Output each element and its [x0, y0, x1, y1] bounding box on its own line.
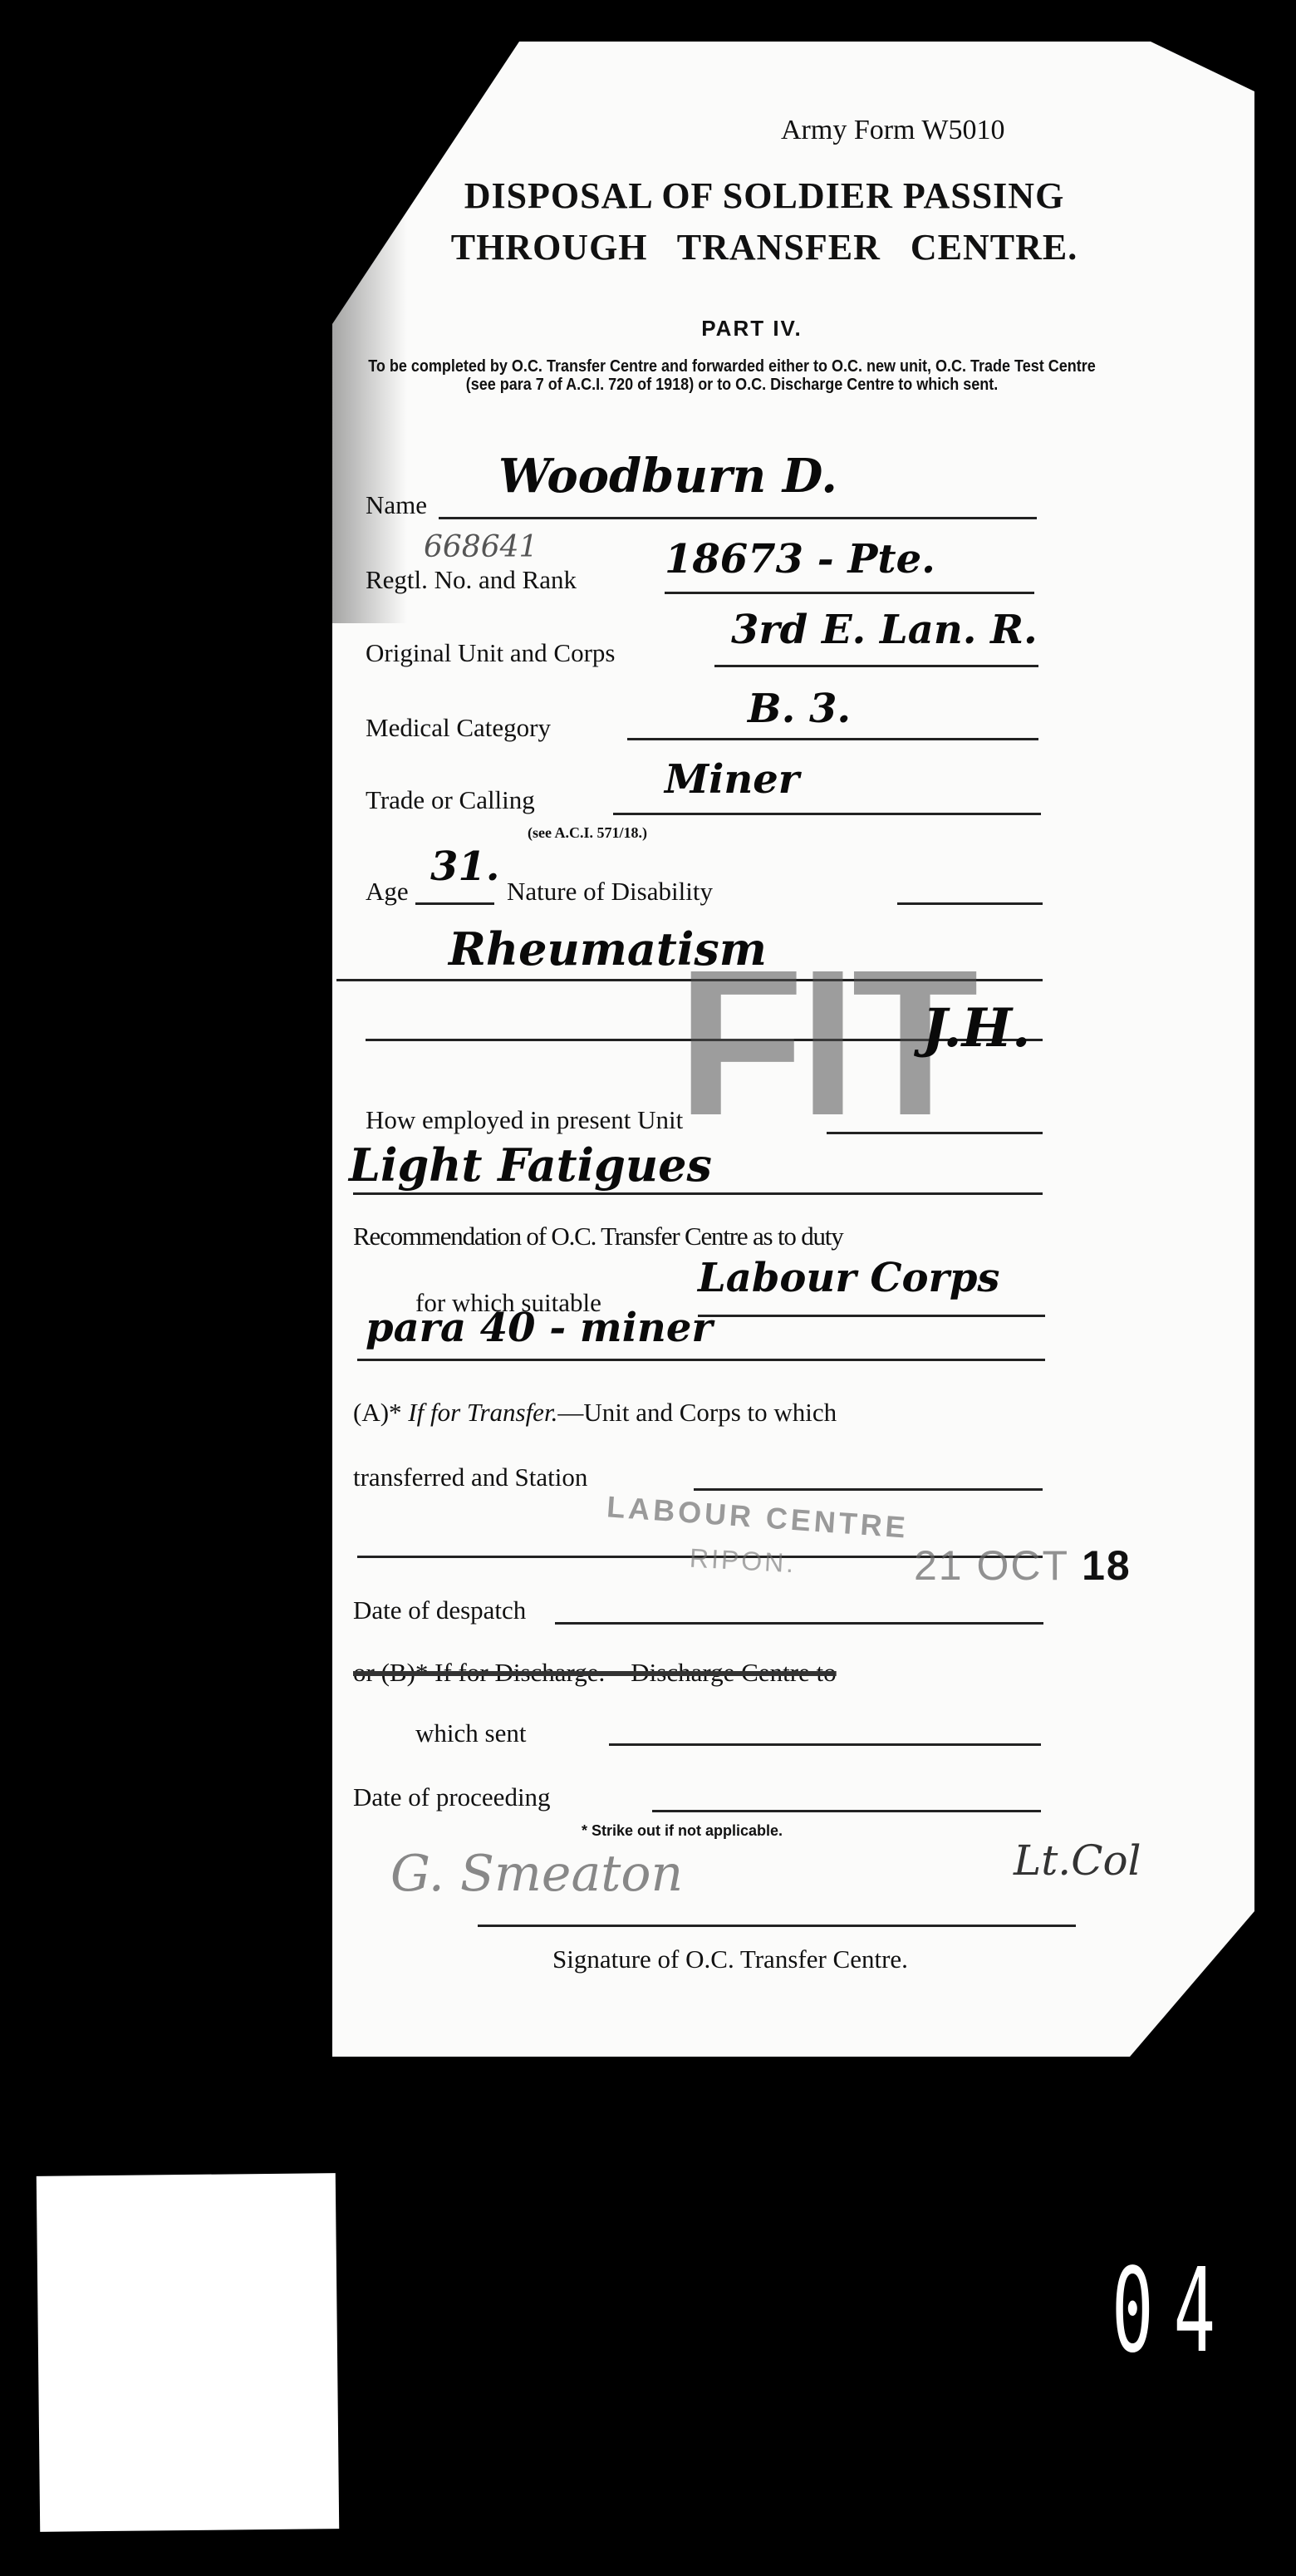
signature-label: Signature of O.C. Transfer Centre.: [552, 1944, 908, 1974]
labour-centre-stamp: LABOUR CENTRE: [606, 1489, 910, 1545]
employment-line: [827, 1132, 1043, 1134]
form-number: Army Form W5010: [781, 115, 1004, 146]
form-page: Army Form W5010 DISPOSAL OF SOLDIER PASS…: [332, 42, 1254, 2057]
date-stamp: 21 OCT 18: [914, 1541, 1132, 1590]
disability-initials: J.H.: [922, 997, 1030, 1059]
disability-line: [897, 902, 1043, 905]
paper-stain: [332, 208, 407, 623]
blank-card: [37, 2173, 339, 2532]
medical-category-value: B. 3.: [748, 686, 851, 732]
name-line: [439, 517, 1037, 519]
date-of-despatch-label: Date of despatch: [353, 1595, 526, 1625]
recommendation-label-1: Recommendation of O.C. Transfer Centre a…: [353, 1222, 843, 1251]
transfer-marker: (A)*: [353, 1398, 402, 1427]
transfer-line: [694, 1488, 1043, 1491]
discharge-label-1: or (B)* If for Discharge.—Discharge Cent…: [353, 1658, 837, 1688]
regtl-number-label: Regtl. No. and Rank: [366, 565, 577, 595]
transfer-label-text: —Unit and Corps to which: [557, 1398, 837, 1427]
trade-label: Trade or Calling: [366, 785, 535, 815]
recommendation-value-1: Labour Corps: [698, 1255, 999, 1301]
regtl-number-value: 18673 - Pte.: [665, 536, 935, 583]
date-of-proceeding-line: [652, 1810, 1041, 1812]
medical-category-label: Medical Category: [366, 713, 551, 743]
age-label: Age: [366, 877, 409, 907]
employment-line-2: [353, 1192, 1043, 1195]
transfer-label-2: transferred and Station: [353, 1463, 587, 1492]
date-stamp-day-month: 21 OCT: [914, 1542, 1068, 1589]
ripon-stamp: RIPON.: [689, 1543, 797, 1580]
date-of-proceeding-label: Date of proceeding: [353, 1782, 551, 1812]
original-unit-value: 3rd E. Lan. R.: [731, 607, 1038, 653]
date-of-despatch-line: [555, 1622, 1043, 1625]
recommendation-value-2: para 40 - miner: [366, 1305, 713, 1351]
transfer-italic-label: If for Transfer.: [408, 1398, 557, 1427]
employment-value: Light Fatigues: [349, 1138, 712, 1192]
medical-category-line: [627, 738, 1038, 740]
transfer-label-1: (A)* If for Transfer.—Unit and Corps to …: [353, 1398, 837, 1428]
age-value: 31.: [430, 843, 500, 890]
employment-label: How employed in present Unit: [366, 1105, 683, 1135]
recommendation-line-1: [698, 1315, 1045, 1317]
regtl-number-annotation: 668641: [424, 530, 538, 564]
signature-value: G. Smeaton: [390, 1845, 683, 1903]
instructions: To be completed by O.C. Transfer Centre …: [366, 357, 1098, 394]
original-unit-line: [714, 665, 1038, 667]
age-line: [415, 902, 494, 905]
name-label: Name: [366, 490, 427, 520]
footnote: * Strike out if not applicable.: [582, 1822, 783, 1840]
signature-line: [478, 1925, 1076, 1927]
date-stamp-year: 18: [1082, 1542, 1132, 1589]
frame-number: 04: [1112, 2254, 1235, 2370]
original-unit-label: Original Unit and Corps: [366, 638, 616, 668]
form-title-line1: DISPOSAL OF SOLDIER PASSING: [390, 175, 1138, 217]
discharge-line: [609, 1743, 1041, 1746]
disability-label: Nature of Disability: [507, 877, 713, 907]
discharge-label-2: which sent: [415, 1718, 526, 1748]
name-value: Woodburn D.: [498, 449, 837, 504]
trade-line: [613, 813, 1041, 815]
trade-value: Miner: [665, 756, 799, 803]
recommendation-line-2: [357, 1359, 1045, 1361]
part-heading: PART IV.: [332, 316, 1171, 342]
form-title-line2: THROUGH TRANSFER CENTRE.: [390, 226, 1138, 268]
trade-note: (see A.C.I. 571/18.): [528, 824, 647, 842]
regtl-number-line: [665, 592, 1034, 594]
signature-rank: Lt.Col: [1014, 1836, 1141, 1885]
